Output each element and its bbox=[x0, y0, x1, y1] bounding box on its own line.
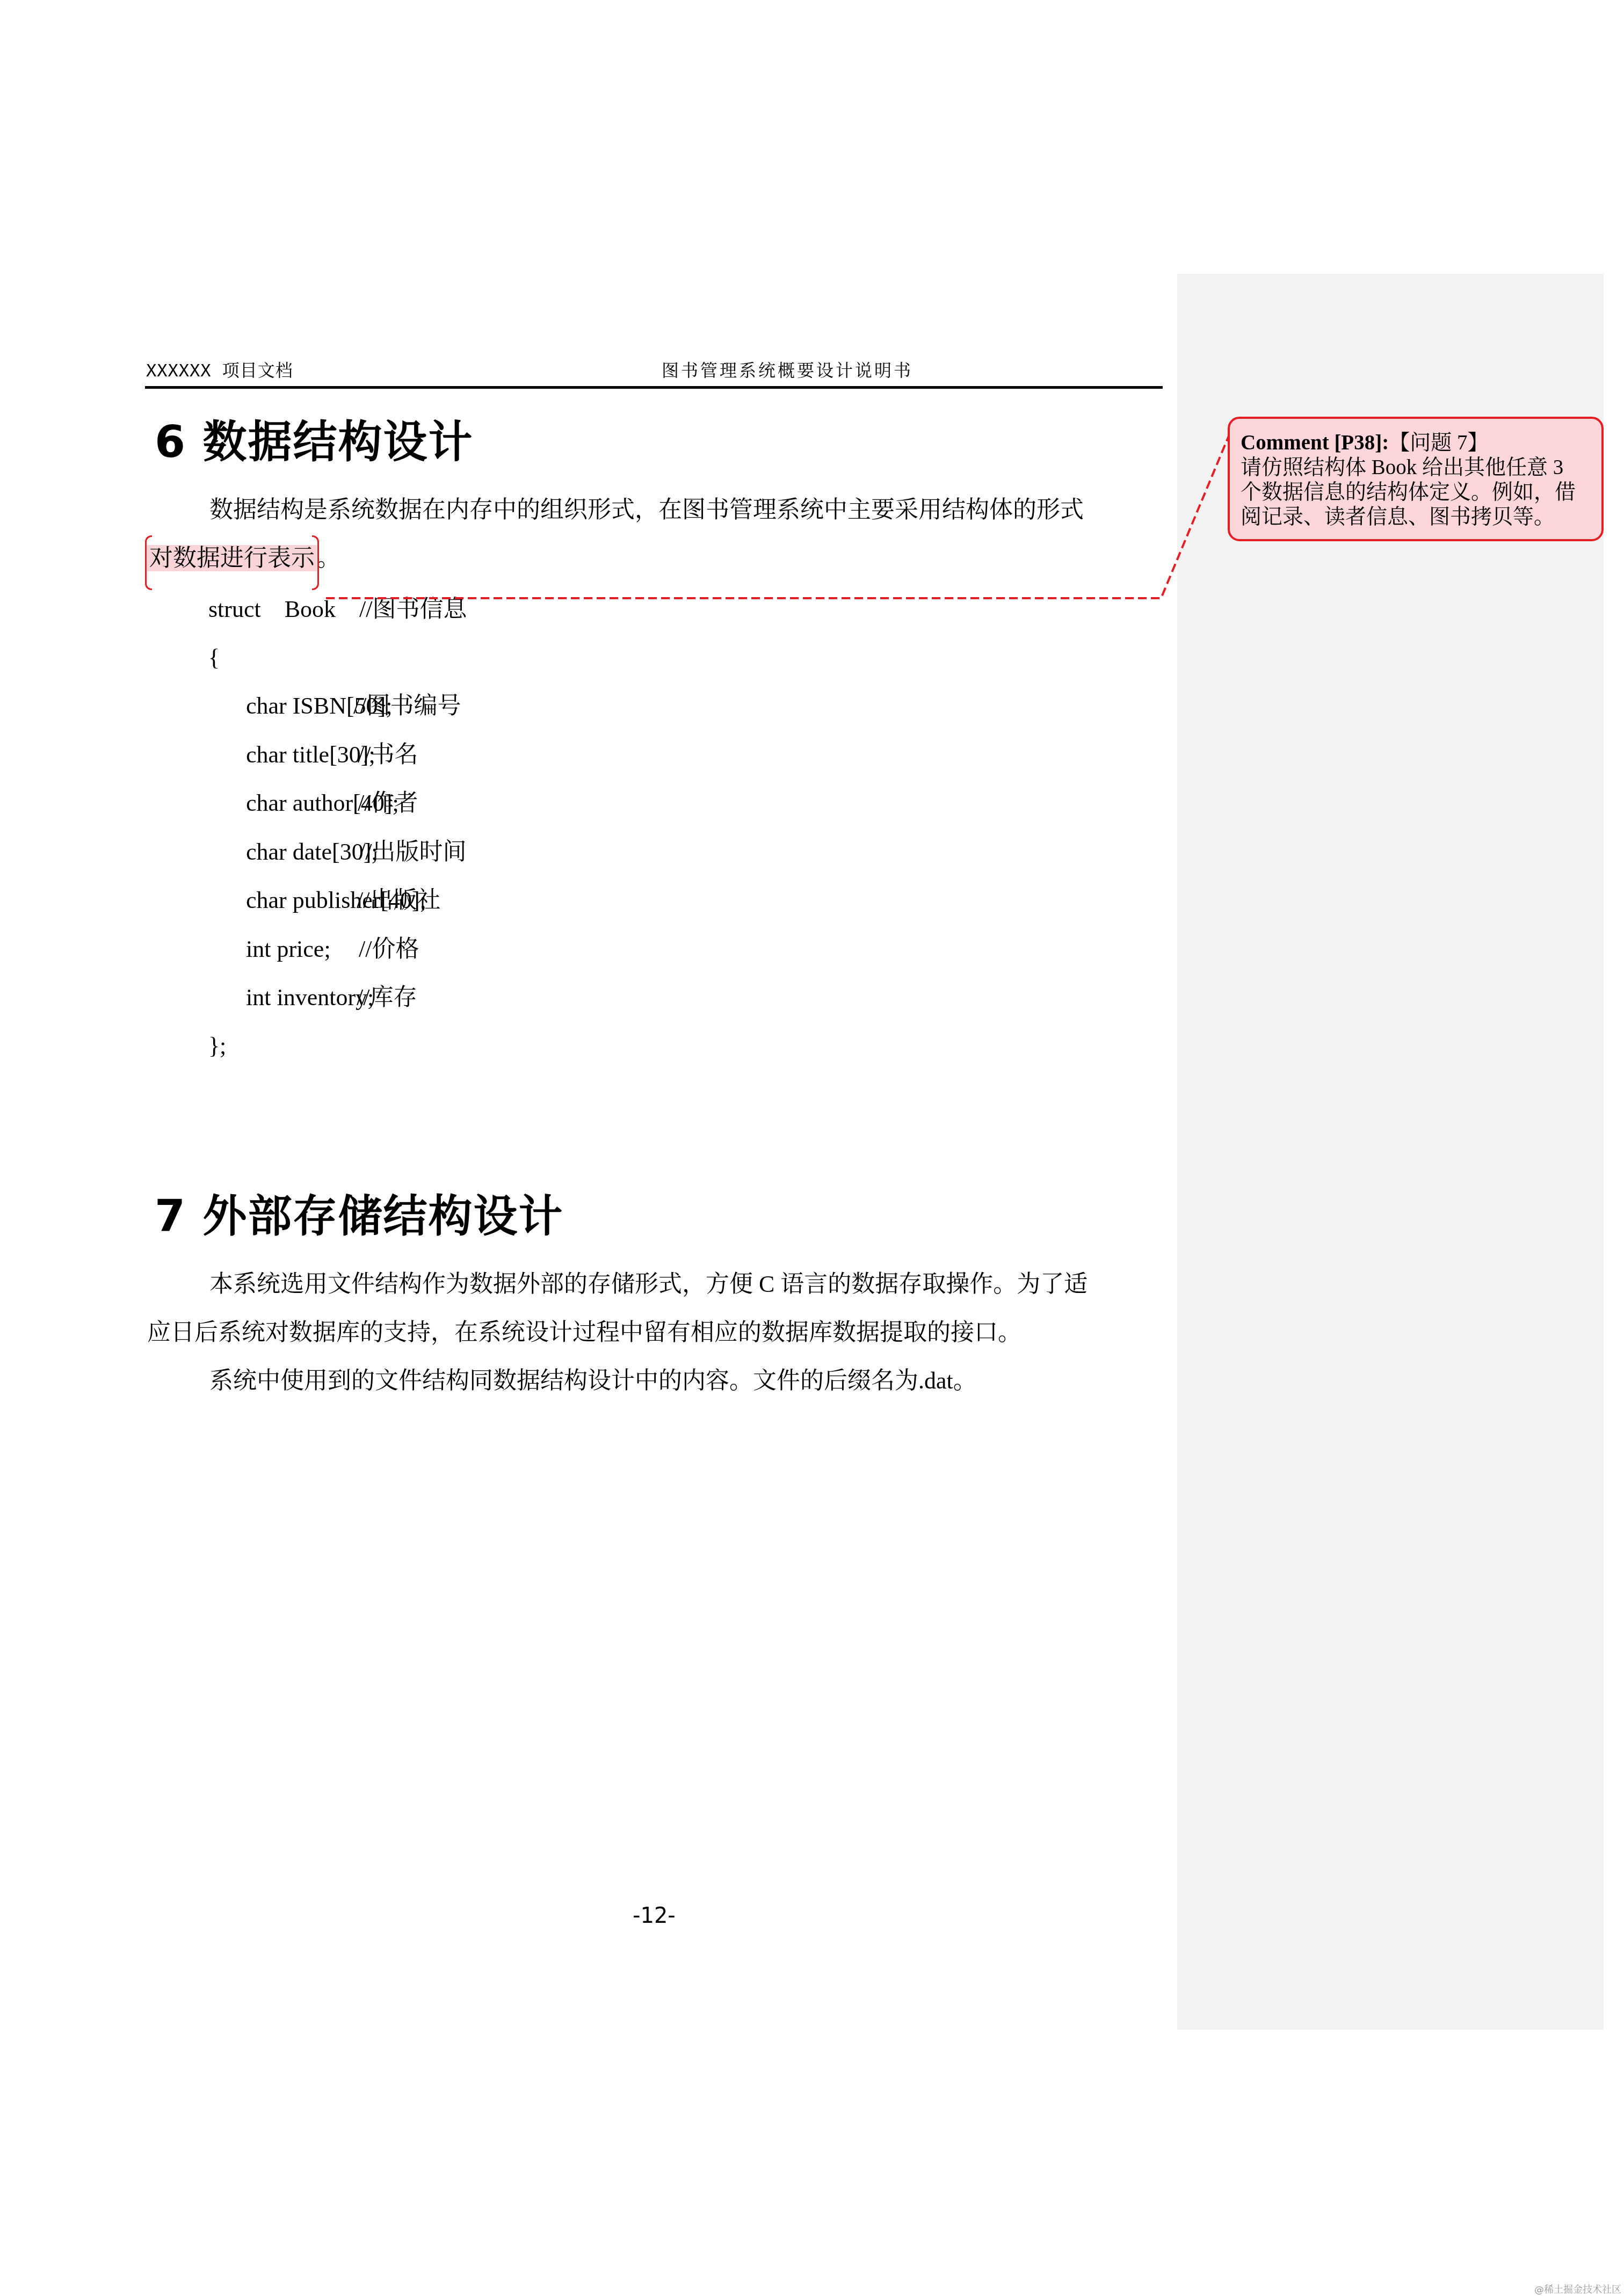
section-6-paragraph-line-1: 数据结构是系统数据在内存中的组织形式，在图书管理系统中主要采用结构体的形式 bbox=[209, 498, 1084, 522]
commented-text-highlight[interactable]: 对数据进行表示 bbox=[147, 545, 317, 571]
watermark: @稀土掘金技术社区 bbox=[1534, 2282, 1621, 2296]
comment-balloon[interactable]: Comment [P38]:【问题 7】 请仿照结构体 Book 给出其他任意 … bbox=[1228, 417, 1604, 541]
section-6-heading: 6 数据结构设计 bbox=[155, 420, 474, 464]
comment-label: Comment [P38]: bbox=[1241, 431, 1389, 454]
code-field-comment: //出版时间 bbox=[359, 840, 466, 864]
document-page: XXXXXX 项目文档 图书管理系统概要设计说明书 6 数据结构设计 数据结构是… bbox=[0, 0, 1624, 2296]
comment-body-line: 个数据信息的结构体定义。例如，借 bbox=[1241, 480, 1592, 505]
section-6-paragraph-line-2: 对数据进行表示。 bbox=[147, 547, 340, 570]
highlighted-text: 对数据进行表示 bbox=[149, 545, 315, 571]
code-field-decl: char title[30]; bbox=[246, 743, 375, 767]
code-field-decl: char date[30]; bbox=[246, 840, 378, 864]
header-left: XXXXXX 项目文档 bbox=[146, 357, 293, 382]
code-field-comment: //作者 bbox=[358, 791, 418, 815]
code-field-comment: //图书编号 bbox=[353, 694, 461, 718]
comment-range-end-bracket bbox=[312, 535, 319, 590]
code-field-comment: //库存 bbox=[357, 986, 417, 1009]
code-field-comment: //价格 bbox=[359, 938, 419, 961]
paragraph-tail: 。 bbox=[317, 545, 340, 571]
code-field-decl: int price; bbox=[246, 938, 331, 961]
comment-header: Comment [P38]:【问题 7】 bbox=[1241, 431, 1592, 455]
header-title: 图书管理系统概要设计说明书 bbox=[662, 357, 913, 382]
page-number: -12- bbox=[633, 1903, 676, 1928]
section-7-paragraph-2: 系统中使用到的文件结构同数据结构设计中的内容。文件的后缀名为.dat。 bbox=[209, 1369, 977, 1393]
code-open-brace: { bbox=[208, 646, 220, 670]
section-7-paragraph-1-line-1: 本系统选用文件结构作为数据外部的存储形式，方便 C 语言的数据存取操作。为了适 bbox=[209, 1273, 1087, 1296]
comment-range-start-bracket bbox=[145, 535, 152, 590]
comment-body-line: 请仿照结构体 Book 给出其他任意 3 bbox=[1241, 455, 1592, 480]
section-7-paragraph-1-line-2: 应日后系统对数据库的支持，在系统设计过程中留有相应的数据库数据提取的接口。 bbox=[147, 1321, 1021, 1345]
code-struct-line: struct Book //图书信息 bbox=[208, 598, 467, 621]
comment-body-line: 阅记录、读者信息、图书拷贝等。 bbox=[1241, 505, 1592, 529]
code-close-brace: }; bbox=[208, 1034, 226, 1058]
code-field-comment: //书名 bbox=[358, 743, 418, 767]
code-field-comment: //出版社 bbox=[357, 889, 440, 912]
section-7-heading: 7 外部存储结构设计 bbox=[155, 1195, 564, 1239]
comment-tag: 【问题 7】 bbox=[1389, 431, 1488, 454]
code-field-decl: int inventory; bbox=[246, 986, 374, 1009]
header-rule bbox=[145, 386, 1163, 389]
